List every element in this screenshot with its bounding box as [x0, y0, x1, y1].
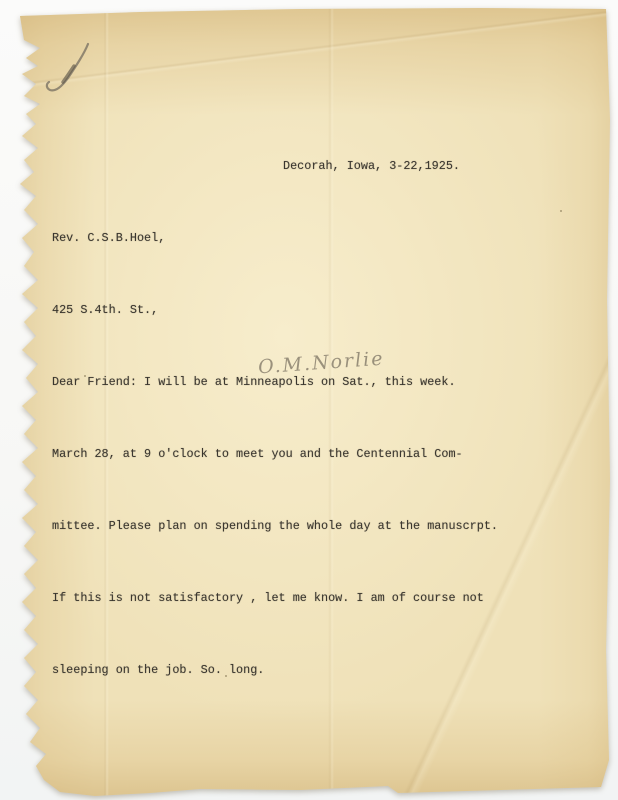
- recipient-address-line: 425 S.4th. St.,: [52, 298, 592, 322]
- paper-speck: [560, 210, 562, 212]
- body-line: If this is not satisfactory , let me kno…: [52, 586, 592, 610]
- body-line: sleeping on the job. So. long.: [52, 658, 592, 682]
- letter-text-block: Decorah, Iowa, 3-22,1925. Rev. C.S.B.Hoe…: [52, 106, 592, 730]
- body-line: mittee. Please plan on spending the whol…: [52, 514, 592, 538]
- letter-dateline: Decorah, Iowa, 3-22,1925.: [52, 154, 592, 178]
- paper-sheet: Decorah, Iowa, 3-22,1925. Rev. C.S.B.Hoe…: [0, 0, 618, 800]
- recipient-name-line: Rev. C.S.B.Hoel,: [52, 226, 592, 250]
- paper-surface: Decorah, Iowa, 3-22,1925. Rev. C.S.B.Hoe…: [0, 0, 618, 800]
- paper-speck: [225, 675, 227, 677]
- body-line: March 28, at 9 o'clock to meet you and t…: [52, 442, 592, 466]
- scan-background: Decorah, Iowa, 3-22,1925. Rev. C.S.B.Hoe…: [0, 0, 618, 800]
- paper-speck: [84, 375, 86, 377]
